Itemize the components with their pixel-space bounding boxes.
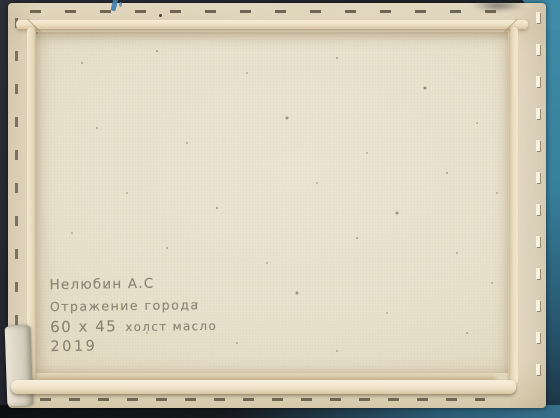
canvas-specks: [36, 32, 38, 34]
stretcher-bar-bottom: [11, 380, 516, 394]
staples-bottom: [40, 398, 485, 401]
staples-left: [15, 18, 18, 373]
staples-right: [536, 12, 540, 390]
stretcher-bar-top: [16, 20, 528, 29]
blue-paint-dot: [119, 2, 122, 7]
artist-signature: Нелюбин А.С: [49, 275, 216, 293]
staples-top: [30, 10, 508, 13]
artwork-year: 2019: [50, 337, 217, 355]
artwork-medium: холст масло: [125, 319, 217, 334]
pencil-inscription: Нелюбин А.С Отражение города 60 х 45 хол…: [49, 275, 217, 355]
artwork-dimensions: 60 х 45: [50, 317, 117, 336]
dark-speck: [159, 14, 162, 17]
photo-canvas-back: Нелюбин А.С Отражение города 60 х 45 хол…: [0, 0, 560, 418]
artwork-title: Отражение города: [50, 297, 217, 314]
canvas-corner-fold: [5, 326, 34, 407]
artwork-dimensions-medium: 60 х 45 холст масло: [50, 316, 217, 336]
stretcher-bar-right: [510, 27, 518, 384]
